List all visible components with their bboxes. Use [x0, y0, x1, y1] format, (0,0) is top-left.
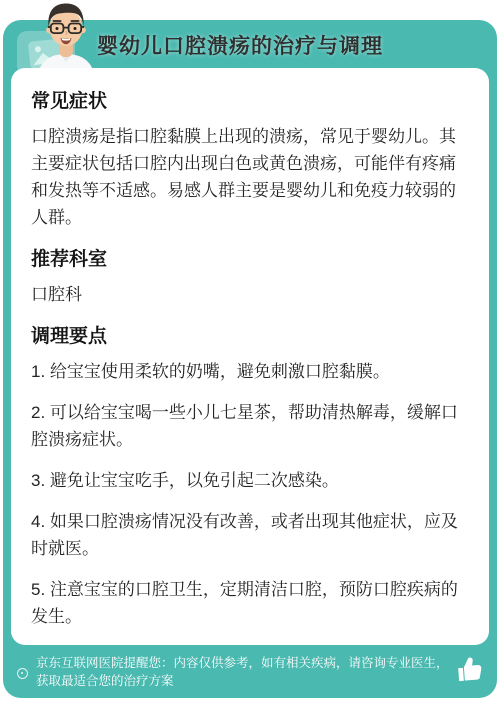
health-info-card: 婴幼儿口腔溃疡的治疗与调理 常见症状 口腔溃疡是指口腔黏膜上出现的溃疡，常见于婴… [0, 0, 500, 701]
care-point-item: 3. 避免让宝宝吃手，以免引起二次感染。 [31, 467, 469, 494]
content-card: 常见症状 口腔溃疡是指口腔黏膜上出现的溃疡，常见于婴幼儿。其主要症状包括口腔内出… [11, 68, 489, 645]
thumbs-up-icon[interactable] [455, 655, 485, 685]
symptoms-paragraph: 口腔溃疡是指口腔黏膜上出现的溃疡，常见于婴幼儿。其主要症状包括口腔内出现白色或黄… [31, 123, 469, 231]
care-point-item: 4. 如果口腔溃疡情况没有改善，或者出现其他症状，应及时就医。 [31, 508, 469, 562]
care-point-item: 5. 注意宝宝的口腔卫生，定期清洁口腔，预防口腔疾病的发生。 [31, 576, 469, 630]
page-title: 婴幼儿口腔溃疡的治疗与调理 [97, 30, 477, 60]
section-heading-department: 推荐科室 [31, 244, 469, 271]
disclaimer-bar: 京东互联网医院提醒您：内容仅供参考，如有相关疾病，请咨询专业医生，获取最适合您的… [3, 646, 497, 698]
info-circle-icon [17, 668, 28, 679]
section-heading-care-points: 调理要点 [31, 321, 469, 348]
section-heading-symptoms: 常见症状 [31, 86, 469, 113]
disclaimer-text: 京东互联网医院提醒您：内容仅供参考，如有相关疾病，请咨询专业医生，获取最适合您的… [36, 654, 449, 690]
care-point-item: 2. 可以给宝宝喝一些小儿七星茶，帮助清热解毒，缓解口腔溃疡症状。 [31, 399, 469, 453]
care-point-item: 1. 给宝宝使用柔软的奶嘴，避免刺激口腔黏膜。 [31, 358, 469, 385]
department-value: 口腔科 [31, 281, 469, 308]
